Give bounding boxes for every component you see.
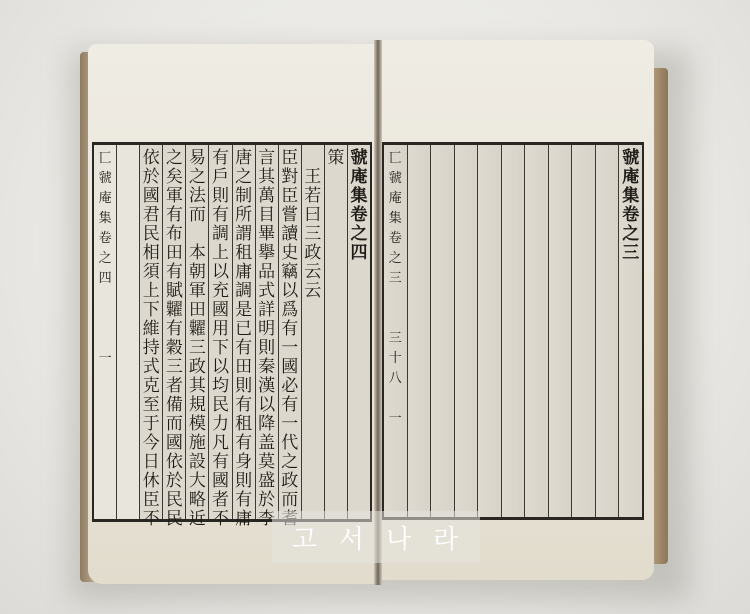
glyph: 備	[166, 396, 183, 415]
glyph: 言	[258, 149, 275, 168]
glyph: 目	[258, 206, 275, 225]
glyph: 式	[143, 358, 160, 377]
book-gutter	[374, 40, 382, 585]
glyph: 下	[212, 339, 229, 358]
glyph: 匸	[389, 149, 402, 169]
glyph: 萬	[258, 187, 275, 206]
glyph: 不	[143, 510, 160, 529]
glyph: 持	[143, 339, 160, 358]
text-column: 易之法而 本朝軍田糶三政其規模施設大略近	[185, 145, 208, 519]
glyph: 集	[389, 209, 402, 229]
glyph: 其	[189, 377, 206, 396]
glyph: 規	[189, 396, 206, 415]
left-page-columns: 虢庵集卷之四策 王若曰三政云云臣對臣嘗讀史竊以爲有一國必有一代之政而耆言其萬目畢…	[94, 145, 370, 519]
glyph: 一	[281, 339, 298, 358]
glyph: 則	[212, 187, 229, 206]
glyph	[389, 289, 402, 309]
glyph: 君	[143, 206, 160, 225]
glyph: 盛	[258, 472, 275, 491]
glyph: 戶	[212, 168, 229, 187]
glyph: 畢	[258, 225, 275, 244]
glyph: 盖	[258, 434, 275, 453]
glyph: 庸	[235, 510, 252, 529]
glyph: 集	[622, 187, 639, 206]
glyph: 政	[281, 472, 298, 491]
glyph	[389, 389, 402, 409]
glyph: 政	[189, 358, 206, 377]
glyph: 依	[143, 149, 160, 168]
glyph: 有	[281, 320, 298, 339]
text-column: 虢庵集卷之四	[347, 145, 370, 519]
glyph: 臣	[143, 491, 160, 510]
glyph: 已	[235, 320, 252, 339]
glyph: 法	[189, 187, 206, 206]
glyph: 國	[143, 187, 160, 206]
glyph: 爲	[281, 301, 298, 320]
text-column: 依於國君民相須上下維持式克至于今日休臣不	[139, 145, 162, 519]
glyph: 於	[143, 168, 160, 187]
glyph: 十	[389, 349, 402, 369]
glyph: 而	[166, 415, 183, 434]
glyph: 四	[350, 244, 367, 263]
glyph: 嘗	[281, 206, 298, 225]
glyph: 品	[258, 263, 275, 282]
glyph: 政	[304, 244, 321, 263]
glyph: 民	[143, 225, 160, 244]
glyph: 庵	[350, 168, 367, 187]
glyph: 而	[281, 491, 298, 510]
glyph: 三	[189, 339, 206, 358]
glyph	[99, 329, 112, 349]
glyph: 之	[622, 225, 639, 244]
glyph: 唐	[235, 149, 252, 168]
empty-column	[571, 145, 595, 517]
glyph: 一	[389, 409, 402, 429]
glyph: 讀	[281, 225, 298, 244]
empty-column	[407, 145, 431, 517]
watermark-char: 서	[339, 519, 366, 556]
glyph: 是	[235, 301, 252, 320]
glyph: 庵	[389, 189, 402, 209]
glyph: 租	[235, 415, 252, 434]
glyph: 有	[166, 320, 183, 339]
glyph: 竊	[281, 263, 298, 282]
glyph: 一	[99, 349, 112, 369]
empty-column	[548, 145, 572, 517]
glyph: 其	[258, 168, 275, 187]
glyph: 有	[166, 206, 183, 225]
glyph: 模	[189, 415, 206, 434]
glyph: 充	[212, 282, 229, 301]
glyph: 卷	[99, 229, 112, 249]
watermark: 고 서 나 라	[272, 511, 480, 563]
glyph: 三	[622, 244, 639, 263]
empty-column	[501, 145, 525, 517]
glyph: 於	[258, 491, 275, 510]
watermark-char: 나	[386, 519, 413, 556]
glyph: 莫	[258, 453, 275, 472]
glyph: 凡	[212, 434, 229, 453]
glyph: 有	[166, 263, 183, 282]
text-column: 臣對臣嘗讀史竊以爲有一國必有一代之政而耆	[278, 145, 301, 519]
glyph: 八	[389, 369, 402, 389]
glyph: 而	[189, 206, 206, 225]
text-column: 言其萬目畢擧品式詳明則秦漢以降盖莫盛於李	[255, 145, 278, 519]
glyph: 明	[258, 320, 275, 339]
fold-column-title: 匸虢庵集卷之三 三十八 一	[384, 145, 407, 517]
left-page-text-frame: 虢庵集卷之四策 王若曰三政云云臣對臣嘗讀史竊以爲有一國必有一代之政而耆言其萬目畢…	[92, 142, 372, 522]
glyph	[189, 225, 206, 244]
glyph: 以	[212, 358, 229, 377]
glyph: 依	[166, 453, 183, 472]
glyph	[99, 289, 112, 309]
text-column: 王若曰三政云云	[301, 145, 324, 519]
glyph: 身	[235, 453, 252, 472]
glyph: 臣	[281, 187, 298, 206]
text-column: 之矣軍有布田有賦糶有穀三者備而國依於民民	[162, 145, 185, 519]
glyph: 三	[166, 358, 183, 377]
glyph: 之	[350, 225, 367, 244]
glyph: 國	[281, 358, 298, 377]
glyph: 賦	[166, 282, 183, 301]
right-page-columns: 虢庵集卷之三匸虢庵集卷之三 三十八 一	[384, 145, 642, 517]
empty-column	[595, 145, 619, 517]
glyph: 者	[166, 377, 183, 396]
glyph: 朝	[189, 263, 206, 282]
glyph: 國	[212, 472, 229, 491]
glyph: 民	[166, 491, 183, 510]
glyph: 有	[281, 396, 298, 415]
glyph: 不	[212, 510, 229, 529]
glyph: 略	[189, 491, 206, 510]
glyph: 田	[166, 244, 183, 263]
text-column: 唐之制所謂租庸調是已有田則有租有身則有庸	[232, 145, 255, 519]
glyph: 調	[235, 282, 252, 301]
glyph: 維	[143, 320, 160, 339]
glyph: 之	[281, 453, 298, 472]
watermark-char: 라	[433, 519, 460, 556]
glyph: 施	[189, 434, 206, 453]
glyph: 力	[212, 415, 229, 434]
right-page-text-frame: 虢庵集卷之三匸虢庵集卷之三 三十八 一	[382, 142, 644, 520]
glyph: 三	[304, 225, 321, 244]
glyph: 集	[350, 187, 367, 206]
glyph: 大	[189, 472, 206, 491]
glyph: 於	[166, 472, 183, 491]
text-column: 虢庵集卷之三	[618, 145, 642, 517]
empty-column	[454, 145, 478, 517]
glyph: 者	[212, 491, 229, 510]
glyph: 匸	[99, 149, 112, 169]
glyph: 有	[235, 396, 252, 415]
glyph: 糶	[166, 301, 183, 320]
glyph: 之	[166, 149, 183, 168]
glyph: 以	[212, 263, 229, 282]
glyph: 國	[212, 301, 229, 320]
glyph: 布	[166, 225, 183, 244]
glyph: 必	[281, 377, 298, 396]
glyph: 集	[99, 209, 112, 229]
glyph: 有	[212, 149, 229, 168]
glyph: 代	[281, 434, 298, 453]
glyph: 至	[143, 396, 160, 415]
glyph: 以	[258, 396, 275, 415]
glyph: 國	[166, 434, 183, 453]
glyph: 上	[212, 244, 229, 263]
glyph: 之	[189, 168, 206, 187]
glyph: 策	[327, 149, 344, 168]
glyph: 卷	[622, 206, 639, 225]
glyph: 庵	[622, 168, 639, 187]
glyph: 穀	[166, 339, 183, 358]
glyph: 則	[258, 339, 275, 358]
glyph: 設	[189, 453, 206, 472]
glyph: 民	[212, 396, 229, 415]
glyph: 本	[189, 244, 206, 263]
fold-column-margin	[116, 145, 139, 519]
glyph: 虢	[350, 149, 367, 168]
glyph: 調	[212, 225, 229, 244]
glyph: 以	[281, 282, 298, 301]
glyph: 虢	[622, 149, 639, 168]
glyph: 曰	[304, 206, 321, 225]
glyph: 上	[143, 282, 160, 301]
glyph: 卷	[350, 206, 367, 225]
glyph: 今	[143, 434, 160, 453]
glyph: 有	[235, 491, 252, 510]
glyph: 則	[235, 377, 252, 396]
glyph: 有	[212, 206, 229, 225]
glyph: 糶	[189, 320, 206, 339]
watermark-char: 고	[292, 519, 319, 556]
glyph: 軍	[166, 187, 183, 206]
glyph: 式	[258, 282, 275, 301]
glyph: 制	[235, 187, 252, 206]
glyph: 有	[235, 339, 252, 358]
glyph: 之	[389, 249, 402, 269]
glyph: 庸	[235, 263, 252, 282]
glyph: 謂	[235, 225, 252, 244]
glyph: 用	[212, 320, 229, 339]
glyph: 史	[281, 244, 298, 263]
glyph: 臣	[281, 149, 298, 168]
glyph: 有	[212, 453, 229, 472]
empty-column	[477, 145, 501, 517]
glyph: 下	[143, 301, 160, 320]
text-column: 策	[324, 145, 347, 519]
fold-column-title: 匸虢庵集卷之四 一	[94, 145, 116, 519]
glyph: 日	[143, 453, 160, 472]
glyph: 虢	[389, 169, 402, 189]
glyph: 云	[304, 263, 321, 282]
glyph: 王	[304, 168, 321, 187]
glyph: 庵	[99, 189, 112, 209]
glyph: 民	[166, 510, 183, 529]
glyph: 卷	[389, 229, 402, 249]
glyph: 秦	[258, 358, 275, 377]
glyph: 均	[212, 377, 229, 396]
glyph: 矣	[166, 168, 183, 187]
glyph: 之	[235, 168, 252, 187]
glyph: 易	[189, 149, 206, 168]
glyph	[122, 149, 135, 169]
glyph: 四	[99, 269, 112, 289]
glyph: 相	[143, 244, 160, 263]
glyph: 三	[389, 329, 402, 349]
glyph: 詳	[258, 301, 275, 320]
glyph: 漢	[258, 377, 275, 396]
glyph: 三	[389, 269, 402, 289]
glyph: 須	[143, 263, 160, 282]
glyph: 休	[143, 472, 160, 491]
glyph: 近	[189, 510, 206, 529]
glyph: 田	[235, 358, 252, 377]
glyph: 于	[143, 415, 160, 434]
glyph	[304, 149, 321, 168]
glyph	[389, 309, 402, 329]
empty-column	[430, 145, 454, 517]
glyph: 則	[235, 472, 252, 491]
glyph: 對	[281, 168, 298, 187]
glyph	[99, 309, 112, 329]
glyph: 若	[304, 187, 321, 206]
glyph: 降	[258, 415, 275, 434]
glyph: 所	[235, 206, 252, 225]
glyph: 軍	[189, 282, 206, 301]
empty-column	[524, 145, 548, 517]
glyph: 克	[143, 377, 160, 396]
glyph: 有	[235, 434, 252, 453]
glyph: 一	[281, 415, 298, 434]
glyph: 租	[235, 244, 252, 263]
glyph: 虢	[99, 169, 112, 189]
text-column: 有戶則有調上以充國用下以均民力凡有國者不	[208, 145, 231, 519]
glyph: 田	[189, 301, 206, 320]
glyph: 擧	[258, 244, 275, 263]
glyph: 云	[304, 282, 321, 301]
glyph: 之	[99, 249, 112, 269]
